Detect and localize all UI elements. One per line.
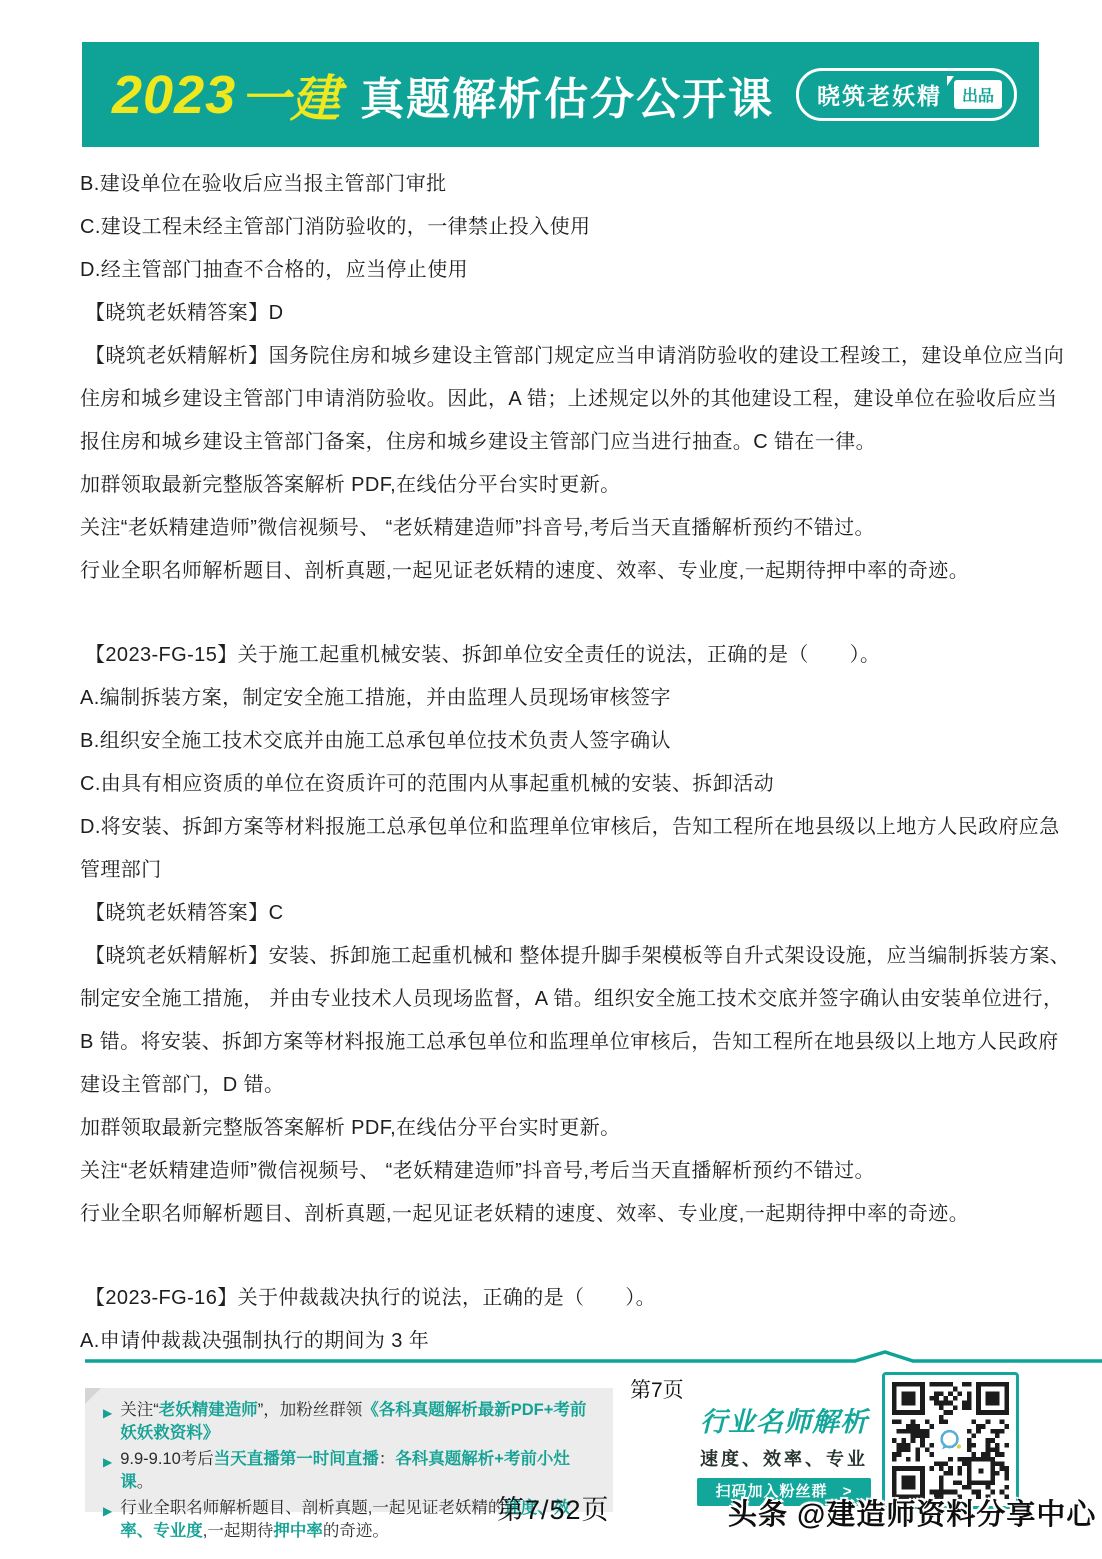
banner-title: 真题解析估分公开课 [360,63,774,127]
text-line: 行业全职名师解析题目、剖析真题,一起见证老妖精的速度、效率、专业度,一起期待押中… [80,1193,1045,1236]
text-line: 加群领取最新完整版答案解析 PDF,在线估分平台实时更新。 [80,1107,1045,1150]
text-line: D.经主管部门抽查不合格的，应当停止使用 [80,249,1045,292]
bullet-segment: 押中率 [273,1522,323,1540]
text-line: B.建设单位在验收后应当报主管部门审批 [80,163,1045,206]
brand-tag: 出品 [954,80,1002,109]
body-text: B.建设单位在验收后应当报主管部门审批 C.建设工程未经主管部门消防验收的，一律… [80,163,1045,1363]
text-line: 关注“老妖精建造师”微信视频号、 “老妖精建造师”抖音号,考后当天直播解析预约不… [80,507,1045,550]
text-line: 报住房和城乡建设主管部门备案，住房和城乡建设主管部门应当进行抽查。C 错在一律。 [80,421,1045,464]
qr-code[interactable] [882,1372,1019,1509]
promo-subtitle: 速度、效率、专业 [697,1445,871,1471]
text-line: 【2023-FG-15】关于施工起重机械安装、拆卸单位安全责任的说法，正确的是（… [80,634,1045,677]
play-icon: ▶ [103,1451,112,1494]
bullet-row: ▶ 关注“老妖精建造师”，加粉丝群领《各科真题解析最新PDF+考前妖妖救资料》 [99,1399,601,1445]
bullet-segment: ,一起期待 [203,1522,274,1540]
text-line: 【2023-FG-16】关于仲裁裁决执行的说法，正确的是（ ）。 [80,1277,1045,1320]
text-line: 建设主管部门，D 错。 [80,1064,1045,1107]
text-line: 关注“老妖精建造师”微信视频号、 “老妖精建造师”抖音号,考后当天直播解析预约不… [80,1150,1045,1193]
banner-year: 2023 [112,64,236,126]
bullet-segment: ： [379,1450,396,1468]
bullet-segment: 9.9-9.10考后 [120,1450,214,1468]
brand-name: 晓筑老妖精 [817,78,942,111]
footer-divider [85,1350,1102,1366]
text-line [80,593,1045,634]
bullet-text: 关注“老妖精建造师”，加粉丝群领《各科真题解析最新PDF+考前妖妖救资料》 [120,1399,601,1445]
bullet-segment: 关注“ [120,1401,159,1419]
bullet-segment: 的奇迹。 [323,1522,389,1540]
chat-bubble-icon [936,1426,966,1456]
text-line: 【晓筑老妖精答案】D [80,292,1045,335]
page-number-small: 第7页 [630,1374,684,1404]
play-icon: ▶ [103,1402,112,1445]
brand-badge: 晓筑老妖精 出品 [796,68,1017,121]
text-line: 行业全职名师解析题目、剖析真题,一起见证老妖精的速度、效率、专业度,一起期待押中… [80,550,1045,593]
text-line: B 错。将安装、拆卸方案等材料报施工总承包单位和监理单位审核后，告知工程所在地县… [80,1021,1045,1064]
text-line: 制定安全施工措施， 并由专业技术人员现场监督，A 错。组织安全施工技术交底并签字… [80,978,1045,1021]
text-line: 加群领取最新完整版答案解析 PDF,在线估分平台实时更新。 [80,464,1045,507]
text-line: 【晓筑老妖精解析】安装、拆卸施工起重机械和 整体提升脚手架模板等自升式架设设施，… [80,935,1045,978]
text-line: 【晓筑老妖精解析】国务院住房和城乡建设主管部门规定应当申请消防验收的建设工程竣工… [80,335,1045,378]
header-banner: 2023 一建 真题解析估分公开课 晓筑老妖精 出品 [82,42,1039,147]
text-line: C.由具有相应资质的单位在资质许可的范围内从事起重机械的安装、拆卸活动 [80,763,1045,806]
page-number-large: 第7/52页 [497,1488,610,1527]
document-page: 2023 一建 真题解析估分公开课 晓筑老妖精 出品 B.建设单位在验收后应当报… [0,0,1102,1559]
text-line: B.组织安全施工技术交底并由施工总承包单位技术负责人签字确认 [80,720,1045,763]
text-line: 住房和城乡建设主管部门申请消防验收。因此，A 错；上述规定以外的其他建设工程，建… [80,378,1045,421]
promo-block: 行业名师解析 速度、效率、专业 扫码加入粉丝群 > [697,1400,871,1506]
promo-title: 行业名师解析 [697,1400,871,1439]
bullet-segment: ”，加粉丝群领 [258,1401,363,1419]
text-line: C.建设工程未经主管部门消防验收的，一律禁止投入使用 [80,206,1045,249]
text-line [80,1236,1045,1277]
bullet-segment: 。 [137,1473,154,1491]
banner-course: 一建 [240,59,340,131]
play-icon: ▶ [103,1500,112,1543]
text-line: 【晓筑老妖精答案】C [80,892,1045,935]
bullet-segment: 老妖精建造师 [159,1401,258,1419]
text-line: A.编制拆装方案，制定安全施工措施，并由监理人员现场审核签字 [80,677,1045,720]
watermark: 头条 @建造师资料分享中心 [728,1492,1096,1533]
bullet-segment: 当天直播第一时间直播 [214,1450,379,1468]
text-line: 管理部门 [80,849,1045,892]
text-line: D.将安装、拆卸方案等材料报施工总承包单位和监理单位审核后，告知工程所在地县级以… [80,806,1045,849]
bullet-segment: 行业全职名师解析题目、剖析真题,一起见证老妖精的 [120,1499,504,1517]
